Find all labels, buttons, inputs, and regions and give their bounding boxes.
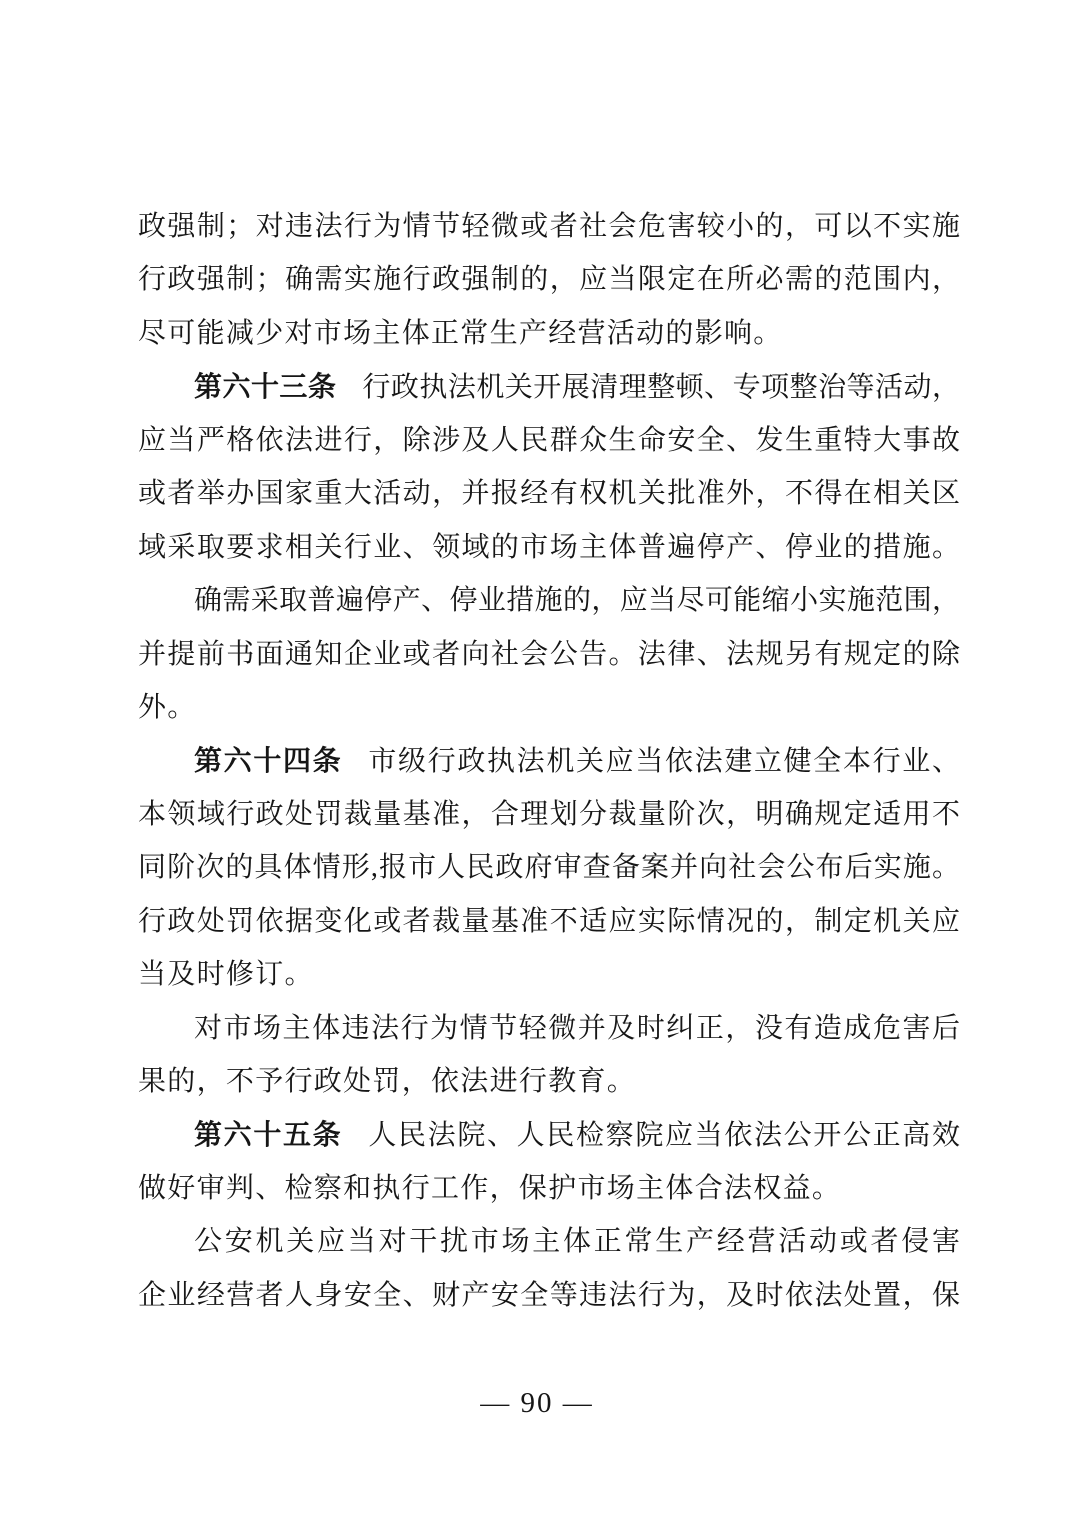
text-line: 做好审判、检察和执行工作，保护市场主体合法权益。	[138, 1162, 960, 1215]
line-text: 当及时修订。	[138, 959, 314, 990]
line-text: 市级行政执法机关应当依法建立健全本行业、	[368, 746, 960, 777]
text-line: 尽可能减少对市场主体正常生产经营活动的影响。	[138, 307, 960, 360]
line-text: 本领域行政处罚裁量基准，合理划分裁量阶次，明确规定适用不	[138, 799, 960, 830]
text-line: 第六十五条人民法院、人民检察院应当依法公开公正高效	[138, 1108, 960, 1161]
text-line: 外。	[138, 681, 960, 734]
line-text: 行政执法机关开展清理整顿、专项整治等活动，	[362, 372, 960, 403]
text-line: 域采取要求相关行业、领域的市场主体普遍停产、停业的措施。	[138, 521, 960, 574]
line-text: 并提前书面通知企业或者向社会公告。法律、法规另有规定的除	[138, 639, 960, 670]
text-line: 对市场主体违法行为情节轻微并及时纠正，没有造成危害后	[138, 1002, 960, 1055]
text-line: 企业经营者人身安全、财产安全等违法行为，及时依法处置，保	[138, 1269, 960, 1322]
text-line: 政强制；对违法行为情节轻微或者社会危害较小的，可以不实施	[138, 200, 960, 253]
text-line: 行政处罚依据变化或者裁量基准不适应实际情况的，制定机关应	[138, 895, 960, 948]
line-text: 人民法院、人民检察院应当依法公开公正高效	[368, 1120, 960, 1151]
line-text: 确需采取普遍停产、停业措施的，应当尽可能缩小实施范围，	[194, 585, 960, 616]
page-footer: — 90 —	[0, 1384, 1074, 1422]
line-text: 行政处罚依据变化或者裁量基准不适应实际情况的，制定机关应	[138, 906, 960, 937]
text-line: 行政强制；确需实施行政强制的，应当限定在所必需的范围内，	[138, 253, 960, 306]
text-line: 第六十四条市级行政执法机关应当依法建立健全本行业、	[138, 734, 960, 787]
line-text: 域采取要求相关行业、领域的市场主体普遍停产、停业的措施。	[138, 532, 960, 563]
article-number: 第六十四条	[194, 745, 342, 776]
article-number: 第六十三条	[194, 371, 336, 402]
line-text: 企业经营者人身安全、财产安全等违法行为，及时依法处置，保	[138, 1280, 960, 1311]
line-text: 政强制；对违法行为情节轻微或者社会危害较小的，可以不实施	[138, 211, 960, 242]
text-line: 确需采取普遍停产、停业措施的，应当尽可能缩小实施范围，	[138, 574, 960, 627]
text-line: 同阶次的具体情形,报市人民政府审查备案并向社会公布后实施。	[138, 841, 960, 894]
text-line: 果的，不予行政处罚，依法进行教育。	[138, 1055, 960, 1108]
line-text: 公安机关应当对干扰市场主体正常生产经营活动或者侵害	[194, 1226, 960, 1257]
text-line: 当及时修订。	[138, 948, 960, 1001]
text-line: 或者举办国家重大活动，并报经有权机关批准外，不得在相关区	[138, 467, 960, 520]
text-line: 并提前书面通知企业或者向社会公告。法律、法规另有规定的除	[138, 628, 960, 681]
text-line: 公安机关应当对干扰市场主体正常生产经营活动或者侵害	[138, 1215, 960, 1268]
line-text: 做好审判、检察和执行工作，保护市场主体合法权益。	[138, 1173, 841, 1204]
line-text: 行政强制；确需实施行政强制的，应当限定在所必需的范围内，	[138, 264, 960, 295]
text-line: 第六十三条行政执法机关开展清理整顿、专项整治等活动，	[138, 360, 960, 413]
line-text: 或者举办国家重大活动，并报经有权机关批准外，不得在相关区	[138, 478, 960, 509]
line-text: 同阶次的具体情形,报市人民政府审查备案并向社会公布后实施。	[138, 852, 960, 883]
article-number: 第六十五条	[194, 1119, 342, 1150]
text-line: 本领域行政处罚裁量基准，合理划分裁量阶次，明确规定适用不	[138, 788, 960, 841]
line-text: 尽可能减少对市场主体正常生产经营活动的影响。	[138, 318, 783, 349]
line-text: 应当严格依法进行，除涉及人民群众生命安全、发生重特大事故	[138, 425, 960, 456]
document-page: 政强制；对违法行为情节轻微或者社会危害较小的，可以不实施行政强制；确需实施行政强…	[0, 0, 1074, 1520]
line-text: 果的，不予行政处罚，依法进行教育。	[138, 1066, 636, 1097]
text-line: 应当严格依法进行，除涉及人民群众生命安全、发生重特大事故	[138, 414, 960, 467]
page-number: — 90 —	[480, 1387, 594, 1419]
document-body: 政强制；对违法行为情节轻微或者社会危害较小的，可以不实施行政强制；确需实施行政强…	[138, 200, 960, 1322]
line-text: 对市场主体违法行为情节轻微并及时纠正，没有造成危害后	[194, 1013, 960, 1044]
line-text: 外。	[138, 692, 197, 723]
